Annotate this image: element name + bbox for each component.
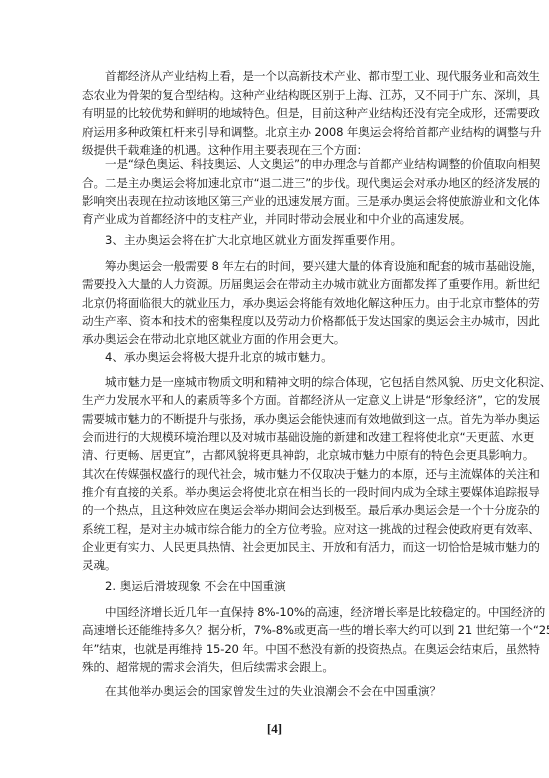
paragraph-line: 有明显的比较优势和鲜明的地域特色。但是，目前这种产业结构还没有完全成形，还需要政 bbox=[82, 106, 464, 120]
paragraph-line: 会而进行的大规模环境治理以及对城市基础设施的新建和改建工程将使北京“天更蓝、水更 bbox=[82, 430, 464, 444]
paragraph-line: 企业更有实力、人民更具热情、社会更加民主、开放和有活力，而这一切恰恰是城市魅力的 bbox=[82, 540, 464, 554]
question-unemployment: 在其他举办奥运会的国家曾发生过的失业浪潮会不会在中国重演？ bbox=[105, 684, 441, 698]
paragraph-line: 北京仍将面临很大的就业压力，承办奥运会将能有效地化解这种压力。由于北京市整体的劳 bbox=[82, 296, 464, 310]
paragraph-line: 承办奥运会在带动北京地区就业方面的作用会更大。 bbox=[82, 332, 464, 346]
paragraph-line: 态农业为骨架的复合型结构。这种产业结构既区别于上海、江苏，又不同于广东、深圳，具 bbox=[82, 88, 464, 102]
section-heading-employment: 3、主办奥运会将在扩大北京地区就业方面发挥重要作用。 bbox=[105, 233, 402, 247]
paragraph-line: 城市魅力是一座城市物质文明和精神文明的综合体现，它包括自然风貌、历史文化积淀、 bbox=[105, 375, 464, 389]
document-page: 首都经济从产业结构上看，是一个以高新技术产业、都市型工业、现代服务业和高效生 态… bbox=[0, 0, 549, 778]
section-heading-post-olympic-slump: 2. 奥运后滑坡现象 不会在中国重演 bbox=[105, 579, 286, 593]
paragraph-line: 清、行更畅、居更宜”，古都风貌将更具神韵，北京城市魅力中原有的特色会更具影响力。 bbox=[82, 448, 464, 462]
paragraph-line: 首都经济从产业结构上看，是一个以高新技术产业、都市型工业、现代服务业和高效生 bbox=[105, 69, 464, 83]
page-number: [4] bbox=[0, 721, 549, 737]
paragraph-line: 灵魂。 bbox=[82, 558, 464, 572]
paragraph-line: 生产力发展水平和人的素质等多个方面。首都经济从一定意义上讲是“形象经济”，它的发… bbox=[82, 393, 464, 407]
paragraph-line: 需要城市魅力的不断提升与张扬，承办奥运会能快速而有效地做到这一点。首先为举办奥运 bbox=[82, 412, 464, 426]
paragraph-line: 级提供千载难逢的机遇。这种作用主要表现在三个方面： bbox=[82, 143, 464, 157]
paragraph-line: 一是“绿色奥运、科技奥运、人文奥运”的申办理念与首都产业结构调整的价值取向相契 bbox=[105, 157, 464, 171]
paragraph-line: 需要投入大量的人力资源。历届奥运会在带动主办城市就业方面都发挥了重要作用。新世纪 bbox=[82, 277, 464, 291]
paragraph-line: 其次在传媒强权盛行的现代社会，城市魅力不仅取决于魅力的本原，还与主流媒体的关注和 bbox=[82, 467, 464, 481]
paragraph-line: 育产业成为首都经济中的支柱产业，并同时带动会展业和中介业的高速发展。 bbox=[82, 212, 464, 226]
paragraph-line: 系统工程，是对主办城市综合能力的全方位考验。应对这一挑战的过程会使政府更有效率、 bbox=[82, 522, 464, 536]
paragraph-line: 中国经济增长近几年一直保持 8%-10%的高速，经济增长率是比较稳定的。中国经济… bbox=[105, 605, 464, 619]
paragraph-line: 殊的、超常规的需求会消失，但后续需求会跟上。 bbox=[82, 660, 464, 674]
section-heading-city-charm: 4、承办奥运会将极大提升北京的城市魅力。 bbox=[105, 350, 333, 364]
paragraph-line: 合。二是主办奥运会将加速北京市“退二进三”的步伐。现代奥运会对承办地区的经济发展… bbox=[82, 176, 464, 190]
paragraph-line: 高速增长还能维持多久？据分析，7%-8%或更高一些的增长率大约可以到 21 世纪… bbox=[82, 623, 464, 637]
paragraph-line: 推介有直接的关系。举办奥运会将使北京在相当长的一段时间内成为全球主要媒体追踪报导 bbox=[82, 485, 464, 499]
paragraph-line: 的一个热点，且这种效应在奥运会举办期间会达到极至。最后承办奥运会是一个十分庞杂的 bbox=[82, 503, 464, 517]
paragraph-line: 年”结束，也就是再维持 15-20 年。中国不愁没有新的投资热点。在奥运会结束后… bbox=[82, 642, 464, 656]
paragraph-line: 影响突出表现在拉动该地区第三产业的迅速发展方面。三是承办奥运会将使旅游业和文化体 bbox=[82, 194, 464, 208]
paragraph-line: 府运用多种政策杠杆来引导和调整。北京主办 2008 年奥运会将给首都产业结构的调… bbox=[82, 125, 464, 139]
paragraph-line: 动生产率、资本和技术的密集程度以及劳动力价格都低于发达国家的奥运会主办城市，因此 bbox=[82, 314, 464, 328]
paragraph-line: 筹办奥运会一般需要 8 年左右的时间，要兴建大量的体育设施和配套的城市基础设施， bbox=[105, 259, 464, 273]
